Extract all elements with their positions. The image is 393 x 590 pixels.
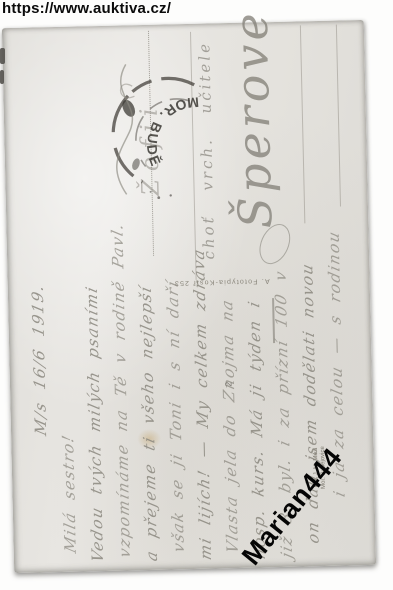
postmark-stamp: MOR. BUDĚ xyxy=(97,44,231,222)
screenshot-root: https://www.auktiva.cz/ MOR. BUDĚ Žofii … xyxy=(0,0,393,590)
scan-edge-mark xyxy=(0,48,5,64)
address-rule-line xyxy=(300,25,305,223)
postmark-ink-dot xyxy=(150,191,152,193)
scan-edge-mark xyxy=(0,70,4,84)
page-url-text: https://www.auktiva.cz/ xyxy=(2,0,171,17)
postmark-ink-dot xyxy=(157,196,160,199)
address-rule-line xyxy=(336,25,341,207)
postmark-ink-dot xyxy=(169,194,171,196)
addressee-surname: Šperove xyxy=(223,8,284,229)
postmark-ink-blob xyxy=(131,157,141,171)
postmark-town-text: MOR. BUDĚ xyxy=(143,94,201,170)
